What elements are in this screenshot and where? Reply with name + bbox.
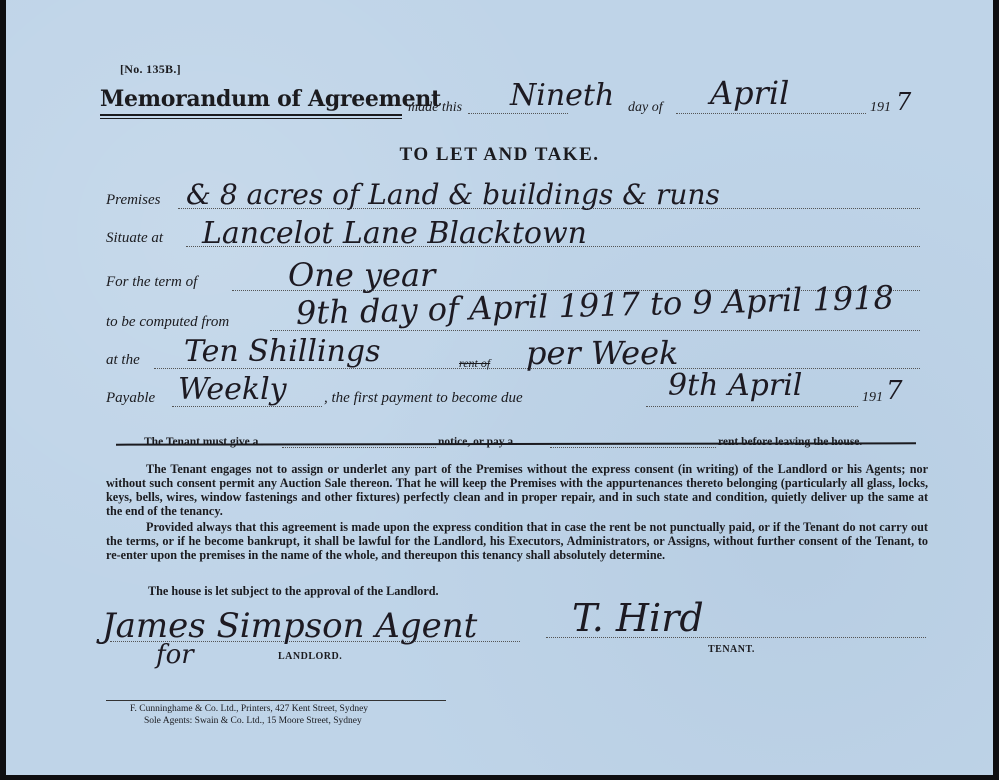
document-title: Memorandum of Agreement (100, 86, 441, 112)
day-line (468, 113, 568, 114)
printer-footer: F. Cunninghame & Co. Ltd., Printers, 427… (130, 703, 368, 727)
printer-line: F. Cunninghame & Co. Ltd., Printers, 427… (130, 703, 368, 715)
agents-line: Sole Agents: Swain & Co. Ltd., 15 Moore … (130, 715, 368, 727)
title-underline (100, 114, 402, 116)
rent-amount-value: Ten Shillings (184, 334, 380, 369)
rent-period-value: per Week (526, 334, 678, 372)
landlord-label: LANDLORD. (278, 651, 342, 662)
tenant-label: TENANT. (708, 644, 755, 655)
rent-before-line (550, 447, 716, 448)
payable-value: Weekly (178, 372, 287, 407)
rent-of-struck-label: rent of (459, 356, 490, 371)
month-line (676, 113, 866, 114)
heading: TO LET AND TAKE. (6, 144, 993, 166)
computed-from-label: to be computed from (106, 314, 229, 331)
first-payment-year-prefix: 191 (862, 390, 883, 406)
first-payment-label: , the first payment to become due (324, 390, 523, 407)
premises-value: & 8 acres of Land & buildings & runs (186, 178, 720, 211)
year-prefix: 191 (870, 100, 891, 116)
term-label: For the term of (106, 274, 197, 291)
form-number: [No. 135B.] (120, 62, 181, 77)
agreement-document: [No. 135B.] Memorandum of Agreement made… (6, 0, 993, 775)
first-payment-value: 9th April (668, 368, 802, 403)
title-underline-thin (100, 118, 402, 119)
payable-label: Payable (106, 390, 155, 407)
day-value: Nineth (510, 78, 614, 113)
landlord-signature-line2: for (156, 640, 194, 670)
made-this-label: made this (408, 100, 462, 116)
situate-value: Lancelot Lane Blacktown (202, 216, 587, 251)
struck-clause-part1: The Tenant must give a (144, 436, 258, 448)
first-payment-line (646, 406, 858, 407)
at-the-label: at the (106, 352, 140, 369)
provided-always-paragraph: Provided always that this agreement is m… (106, 520, 928, 562)
approval-note: The house is let subject to the approval… (148, 584, 439, 598)
year-suffix: 7 (896, 88, 911, 116)
tenant-signature: T. Hird (572, 596, 704, 640)
tenant-engages-paragraph: The Tenant engages not to assign or unde… (106, 462, 928, 518)
first-payment-year-suffix: 7 (886, 376, 903, 406)
term-value: One year (288, 256, 435, 294)
situate-label: Situate at (106, 230, 163, 247)
premises-label: Premises (106, 192, 160, 209)
footer-rule (106, 700, 446, 701)
struck-clause-part2: notice, or pay a (438, 436, 513, 448)
computed-from-line (270, 330, 920, 331)
day-of-label: day of (628, 100, 663, 116)
notice-line (282, 447, 436, 448)
month-value: April (710, 74, 789, 112)
